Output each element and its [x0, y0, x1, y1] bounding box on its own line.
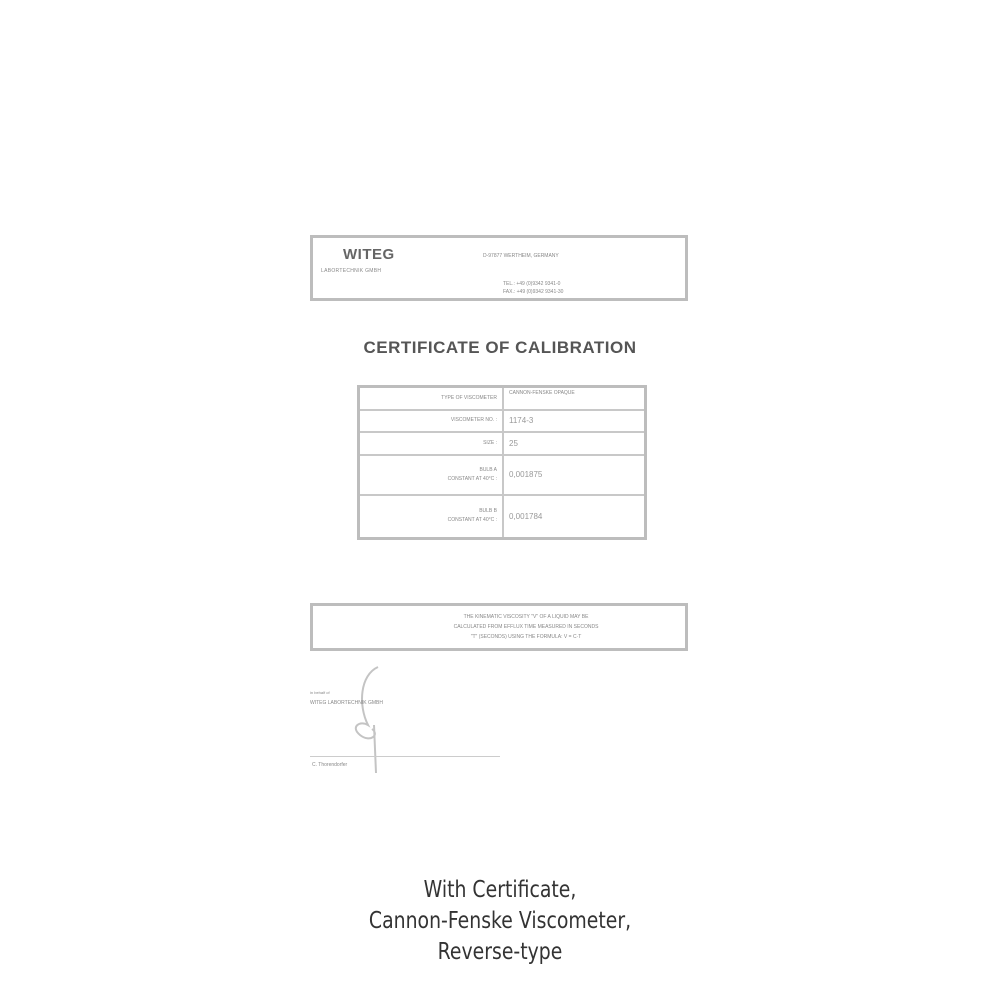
row-label: VISCOMETER NO. :	[359, 410, 504, 432]
calibration-table: TYPE OF VISCOMETER CANNON-FENSKE OPAQUE …	[357, 385, 647, 540]
row-label: BULB A CONSTANT AT 40°C :	[359, 455, 504, 495]
caption-line: Reverse-type	[90, 937, 910, 968]
note-line: CALCULATED FROM EFFLUX TIME MEASURED IN …	[401, 622, 651, 632]
row-label: TYPE OF VISCOMETER	[359, 387, 504, 410]
brand-subtitle: LABORTECHNIK GMBH	[321, 268, 381, 274]
label-line: BULB B	[365, 507, 497, 516]
brand-logo: WITEG	[343, 246, 395, 263]
certificate-title: CERTIFICATE OF CALIBRATION	[0, 338, 1000, 358]
phone: TEL.: +49 (0)9342 9341-0	[503, 280, 563, 288]
row-value: CANNON-FENSKE OPAQUE	[503, 387, 646, 410]
formula-note-box: THE KINEMATIC VISCOSITY "V" OF A LIQUID …	[310, 603, 688, 651]
label-line: CONSTANT AT 40°C :	[365, 516, 497, 525]
row-label: BULB B CONSTANT AT 40°C :	[359, 495, 504, 539]
signatory-name: C. Thorendorfer	[312, 762, 347, 768]
formula-note: THE KINEMATIC VISCOSITY "V" OF A LIQUID …	[401, 612, 651, 642]
signature-line	[310, 756, 500, 757]
company-address: D-97877 WERTHEIM, GERMANY	[483, 253, 559, 259]
row-label: SIZE :	[359, 432, 504, 454]
row-value: 25	[503, 432, 646, 454]
row-value: 0,001875	[503, 455, 646, 495]
signature-company: WITEG LABORTECHNIK GMBH	[310, 700, 383, 706]
product-caption: With Certificate, Cannon-Fenske Viscomet…	[90, 875, 910, 968]
label-line: CONSTANT AT 40°C :	[365, 475, 497, 484]
caption-line: Cannon-Fenske Viscometer,	[90, 906, 910, 937]
table-row: BULB B CONSTANT AT 40°C : 0,001784	[359, 495, 646, 539]
fax: FAX.: +49 (0)9342 9341-30	[503, 288, 563, 296]
table-row: TYPE OF VISCOMETER CANNON-FENSKE OPAQUE	[359, 387, 646, 410]
note-line: THE KINEMATIC VISCOSITY "V" OF A LIQUID …	[401, 612, 651, 622]
certificate-header: WITEG LABORTECHNIK GMBH D-97877 WERTHEIM…	[310, 235, 688, 301]
row-value: 0,001784	[503, 495, 646, 539]
signature-for-label: in behalf of	[310, 690, 330, 695]
table-row: SIZE : 25	[359, 432, 646, 454]
note-line: "T" (SECONDS) USING THE FORMULA: V = C·T	[401, 632, 651, 642]
label-line: BULB A	[365, 466, 497, 475]
table-row: BULB A CONSTANT AT 40°C : 0,001875	[359, 455, 646, 495]
table-row: VISCOMETER NO. : 1174-3	[359, 410, 646, 432]
caption-line: With Certificate,	[90, 875, 910, 906]
row-value: 1174-3	[503, 410, 646, 432]
signature-icon	[340, 665, 400, 775]
contact-info: TEL.: +49 (0)9342 9341-0 FAX.: +49 (0)93…	[503, 280, 563, 296]
